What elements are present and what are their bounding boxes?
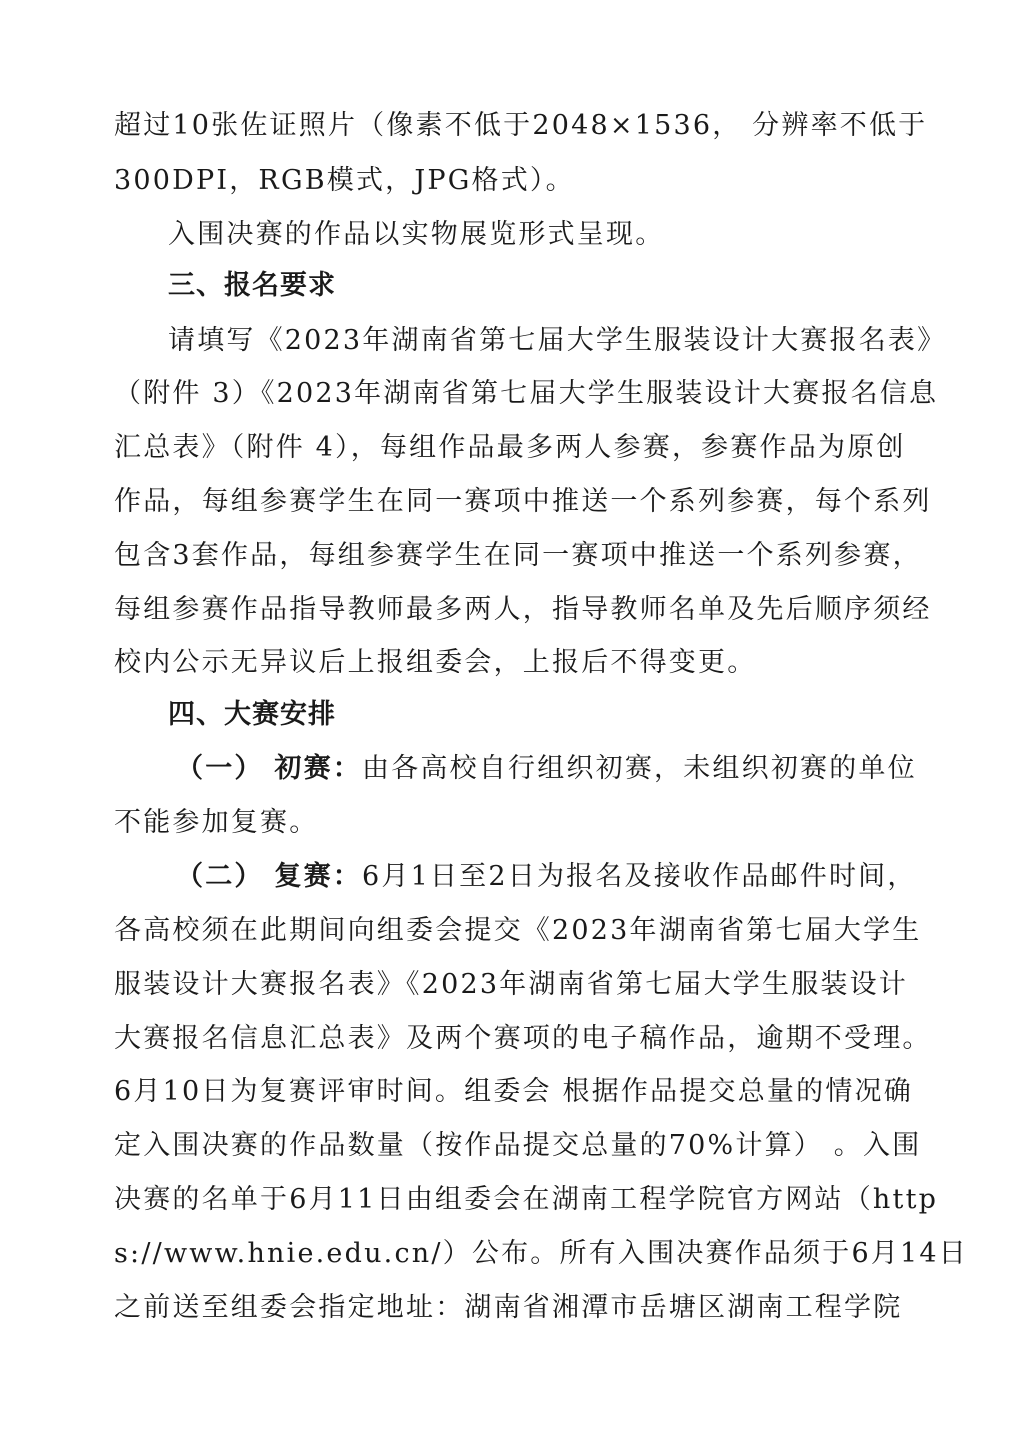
document-page: 超过10张佐证照片（像素不低于2048×1536， 分辨率不低于 300DPI，… [0, 0, 1024, 1448]
paragraph-line: 决赛的名单于6月11日由组委会在湖南工程学院官方网站（http [114, 1180, 904, 1220]
paragraph-line: s://www.hnie.edu.cn/）公布。所有入围决赛作品须于6月14日 [114, 1234, 904, 1274]
schedule-item-semifinal: （二） 复赛：6月1日至2日为报名及接收作品邮件时间， [176, 857, 966, 897]
item-number: （一） [176, 753, 264, 784]
paragraph-line: 包含3套作品，每组参赛学生在同一赛项中推送一个系列参赛， [114, 536, 904, 576]
paragraph-line: 超过10张佐证照片（像素不低于2048×1536， 分辨率不低于 [114, 106, 904, 146]
paragraph-line: 服装设计大赛报名表》《2023年湖南省第七届大学生服装设计 [114, 965, 904, 1005]
paragraph-line: 作品，每组参赛学生在同一赛项中推送一个系列参赛，每个系列 [114, 482, 904, 522]
paragraph-line: 不能参加复赛。 [114, 803, 904, 843]
paragraph-line: 校内公示无异议后上报组委会，上报后不得变更。 [114, 643, 904, 683]
paragraph-line: 6月10日为复赛评审时间。组委会 根据作品提交总量的情况确 [114, 1072, 904, 1112]
item-label: 复赛： [274, 861, 362, 892]
paragraph-line: 请填写《2023年湖南省第七届大学生服装设计大赛报名表》 [168, 321, 958, 361]
paragraph-line: 大赛报名信息汇总表》及两个赛项的电子稿作品，逾期不受理。 [114, 1019, 904, 1059]
item-number: （二） [176, 861, 264, 892]
paragraph-line: 各高校须在此期间向组委会提交《2023年湖南省第七届大学生 [114, 911, 904, 951]
paragraph-line: 每组参赛作品指导教师最多两人，指导教师名单及先后顺序须经 [114, 590, 904, 630]
paragraph-line: 汇总表》（附件 4），每组作品最多两人参赛，参赛作品为原创 [114, 428, 904, 468]
paragraph-line: 之前送至组委会指定地址：湖南省湘潭市岳塘区湖南工程学院 [114, 1288, 904, 1328]
section-heading-schedule: 四、大赛安排 [168, 695, 958, 735]
paragraph-line: 入围决赛的作品以实物展览形式呈现。 [168, 215, 958, 255]
paragraph-line: 定入围决赛的作品数量（按作品提交总量的70%计算） 。入围 [114, 1126, 904, 1166]
paragraph-line: （附件 3）《2023年湖南省第七届大学生服装设计大赛报名信息 [114, 374, 904, 414]
section-heading-registration: 三、报名要求 [168, 266, 958, 306]
schedule-item-preliminary: （一） 初赛：由各高校自行组织初赛，未组织初赛的单位 [176, 749, 966, 789]
item-text: 6月1日至2日为报名及接收作品邮件时间， [362, 861, 917, 892]
paragraph-line: 300DPI，RGB模式，JPG格式）。 [114, 161, 904, 201]
item-text: 由各高校自行组织初赛，未组织初赛的单位 [362, 753, 917, 784]
item-label: 初赛： [274, 753, 362, 784]
